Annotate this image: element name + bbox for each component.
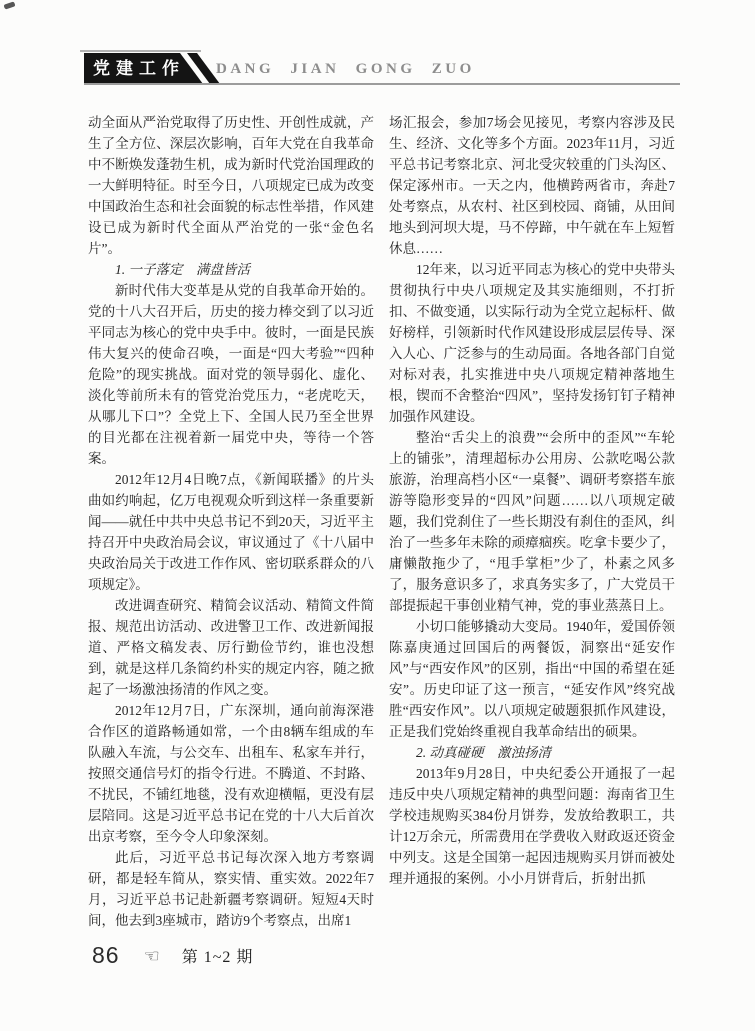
section-badge-label: 党建工作 <box>93 53 185 84</box>
right-column: 场汇报会，参加7场会见接见，考察内容涉及民生、经济、文化等多个方面。2023年1… <box>389 112 675 931</box>
page-footer: 86 ☜ 第 1~2 期 <box>92 942 253 969</box>
section-badge: 党建工作 <box>84 53 224 84</box>
paragraph: 此后，习近平总书记每次深入地方考察调研，都是轻车简从，察实情、重实效。2022年… <box>88 847 374 931</box>
issue-label: 第 1~2 期 <box>182 944 254 967</box>
article-body: 动全面从严治党取得了历史性、开创性成就，产生了全方位、深层次影响，百年大党在自我… <box>88 112 675 931</box>
badge-highlight-line <box>80 50 201 52</box>
subsection-heading: 2. 动真碰硬 激浊扬清 <box>389 742 675 763</box>
paragraph: 改进调查研究、精简会议活动、精简文件简报、规范出访活动、改进警卫工作、改进新闻报… <box>88 595 374 700</box>
paragraph: 小切口能够撬动大变局。1940年，爱国侨领陈嘉庚通过回国后的两餐饭，洞察出“延安… <box>389 616 675 742</box>
left-column: 动全面从严治党取得了历史性、开创性成就，产生了全方位、深层次影响，百年大党在自我… <box>88 112 374 931</box>
paragraph: 2012年12月4日晚7点，《新闻联播》的片头曲如约响起，亿万电视观众听到这样一… <box>88 469 374 595</box>
header-rule <box>84 83 680 85</box>
section-pinyin-label: DANG JIAN GONG ZUO <box>216 61 475 78</box>
subsection-heading: 1. 一子落定 满盘皆活 <box>88 259 374 280</box>
paragraph: 场汇报会，参加7场会见接见，考察内容涉及民生、经济、文化等多个方面。2023年1… <box>389 112 675 259</box>
paragraph: 整治“舌尖上的浪费”“会所中的歪风”“车轮上的铺张”，清理超标办公用房、公款吃喝… <box>389 427 675 616</box>
paragraph: 动全面从严治党取得了历史性、开创性成就，产生了全方位、深层次影响，百年大党在自我… <box>88 112 374 259</box>
scan-artifact-mark <box>3 1 15 9</box>
paragraph: 2012年12月7日，广东深圳，通向前海深港合作区的道路畅通如常，一个由8辆车组… <box>88 700 374 847</box>
paragraph: 2013年9月28日，中央纪委公开通报了一起违反中央八项规定精神的典型问题：海南… <box>389 763 675 889</box>
pointing-hand-icon: ☜ <box>144 947 160 965</box>
paragraph: 新时代伟大变革是从党的自我革命开始的。党的十八大召开后，历史的接力棒交到了以习近… <box>88 280 374 469</box>
paragraph: 12年来，以习近平同志为核心的党中央带头贯彻执行中央八项规定及其实施细则，不打折… <box>389 259 675 427</box>
page-number: 86 <box>92 942 120 969</box>
